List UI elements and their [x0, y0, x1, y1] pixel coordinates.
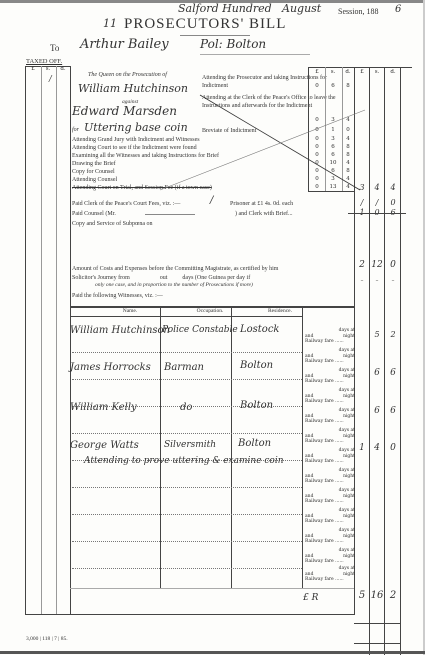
fee-amount-l: /: [355, 198, 369, 207]
fee-amount-s: /: [370, 198, 384, 207]
total-shillings: 16: [370, 590, 384, 601]
witness-residence: Bolton: [240, 400, 273, 411]
witness-days-block: days atand nightRailway fare ......: [305, 448, 355, 465]
fee-label: Copy and Service of Subpœna on: [72, 220, 153, 228]
witness-name: George Watts: [70, 440, 139, 451]
journey-pence: –: [386, 278, 400, 284]
witness-pence: 0: [386, 443, 400, 453]
fee-label: Paid Clerk of the Peace's Court Fees, vi…: [72, 200, 180, 208]
total-pence: 2: [386, 590, 400, 601]
witness-days-block: days atand nightRailway fare ......: [305, 388, 355, 405]
witness-residence: Bolton: [240, 360, 273, 371]
counsel-strike: [348, 213, 406, 214]
witness-days-block: days atand nightRailway fare ......: [305, 528, 355, 545]
witness-note: Attending to prove uttering & examine co…: [84, 456, 284, 466]
total-underline: [354, 623, 400, 624]
total-bottom-rule: [354, 643, 400, 644]
witness-days-block: days atand nightRailway fare ......: [305, 548, 355, 565]
total-note: £ R: [303, 593, 318, 603]
journey-pounds: –: [355, 278, 369, 284]
witnesses-label: Paid the following Witnesses, viz. :—: [72, 292, 163, 300]
witness-name: William Hutchinson: [70, 325, 170, 336]
magistrate-label: Amount of Costs and Expenses before the …: [72, 265, 278, 273]
witness-shillings: 6: [370, 406, 384, 416]
witness-days-block: days atand nightRailway fare ......: [305, 508, 355, 525]
witness-days-block: days atand nightRailway fare ......: [305, 488, 355, 505]
fee-mark: /: [210, 195, 213, 206]
witness-shillings: 5: [370, 330, 384, 339]
witness-header-rule: [70, 316, 302, 317]
witness-occupation: Barman: [164, 362, 204, 373]
witness-days-block: days atand nightRailway fare ......: [305, 348, 355, 365]
witness-days-block: days atand nightRailway fare ......: [305, 566, 355, 583]
witness-residence: Lostock: [240, 324, 280, 335]
total-pounds: 5: [355, 590, 369, 601]
witness-occupation: Police Constable: [162, 325, 238, 335]
witness-shillings: 6: [370, 368, 384, 378]
witness-occupation: do: [180, 402, 192, 413]
witness-pence: 6: [386, 406, 400, 416]
witness-name: James Horrocks: [70, 362, 151, 373]
witness-pence: 2: [386, 330, 400, 339]
print-code: 3,000 | 118 | 7 | 85.: [26, 636, 68, 642]
fee-extra: ) and Clerk with Brief...: [235, 210, 293, 218]
witness-pounds: 1: [355, 443, 369, 453]
journey-line2: only one case, and in proportion to the …: [95, 282, 253, 289]
witness-rule-2: [231, 306, 232, 588]
col-residence: Residence.: [255, 308, 305, 315]
col-occupation: Occupation.: [185, 308, 235, 315]
witness-rule-1: [160, 306, 161, 588]
fee-extra: Prisoner at £1 4s. 0d. each: [230, 200, 293, 208]
witness-days-block: days atand nightRailway fare ......: [305, 428, 355, 445]
magistrate-shillings: 12: [370, 260, 384, 270]
witness-table-bottom: [70, 588, 354, 589]
witness-occupation: Silversmith: [164, 440, 216, 450]
witness-days-block: days atand nightRailway fare ......: [305, 328, 355, 345]
journey-shillings: –: [370, 278, 384, 284]
witness-residence: Bolton: [238, 438, 271, 449]
col-name: Name.: [105, 308, 155, 315]
fee-amount-d: 0: [386, 198, 400, 207]
fee-label: Paid Counsel (Mr.: [72, 210, 116, 218]
witness-days-block: days atand nightRailway fare ......: [305, 468, 355, 485]
witness-shillings: 4: [370, 443, 384, 453]
witness-pence: 6: [386, 368, 400, 378]
witness-days-block: days atand nightRailway fare ......: [305, 368, 355, 385]
witness-days-block: days atand nightRailway fare ......: [305, 408, 355, 425]
witness-rule-3: [302, 306, 303, 588]
witness-name: William Kelly: [70, 402, 137, 413]
magistrate-pounds: 2: [355, 260, 369, 270]
bottom-border: [0, 651, 425, 654]
journey-line1: Solicitor's Journey from out days (One G…: [72, 274, 250, 282]
magistrate-pence: 0: [386, 260, 400, 270]
counsel-blank: [145, 214, 195, 215]
